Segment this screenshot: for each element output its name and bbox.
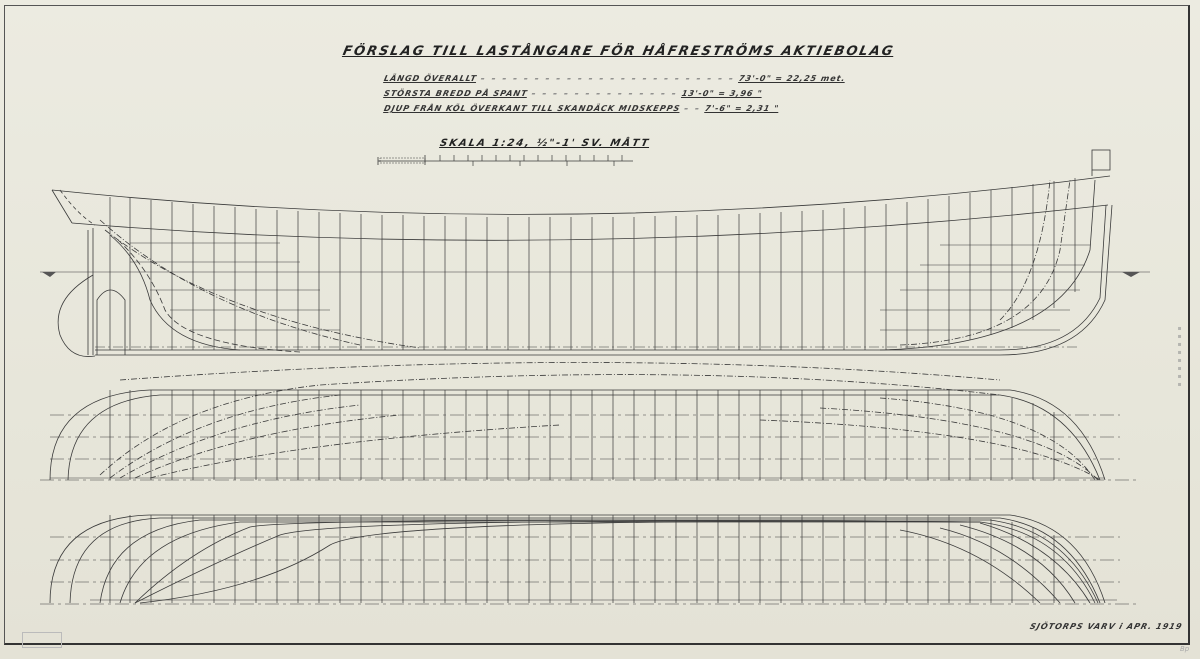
- archive-side-note: ▪▪▪▪▪▪▪▪: [1176, 325, 1183, 389]
- archive-stamp: [22, 632, 62, 648]
- drawing-signature: SJÖTORPS VARV i APR. 1919: [1029, 622, 1184, 631]
- lines-plan-drawing: [0, 0, 1200, 659]
- half-breadth-plan-upper: [40, 363, 1140, 481]
- scale-bar: [378, 155, 633, 166]
- corner-mark: Bp: [1180, 645, 1189, 653]
- half-breadth-plan-lower: [40, 515, 1140, 604]
- sheer-plan: [40, 150, 1150, 357]
